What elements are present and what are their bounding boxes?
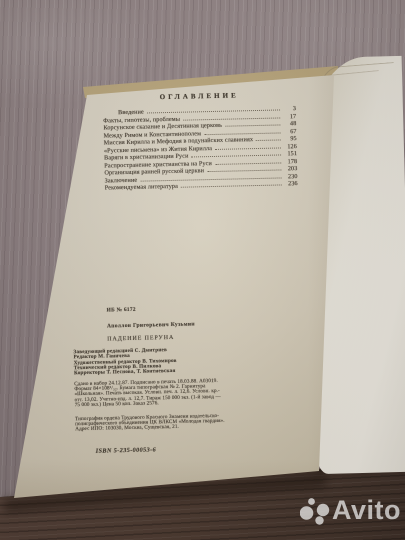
printing-house-line: Адрес ИПО: 103030, Москва, Сущевская, 21… [75, 424, 225, 433]
toc-entry-title: Рекомендуемая литература [105, 183, 178, 192]
table-of-contents: ОГЛАВЛЕНИЕ Введение 3 Факты, гипотезы, п… [103, 90, 298, 192]
staff-line: Корректоры Т. Песнова, Т. Контиевская [74, 369, 177, 377]
toc-dot-leader [207, 169, 281, 172]
toc-dot-leader [256, 139, 281, 141]
printed-content: ОГЛАВЛЕНИЕ Введение 3 Факты, гипотезы, п… [60, 85, 327, 476]
avito-watermark-label: Avito [332, 495, 401, 525]
toc-entry-page: 236 [285, 180, 298, 188]
print-specs-block: Сдано в набор 24.12.87. Подписано в печа… [74, 379, 221, 408]
ib-number: ИБ № 6172 [106, 307, 135, 314]
toc-dot-leader [225, 124, 280, 126]
toc-dot-leader [204, 132, 281, 135]
editorial-staff-block: Заведующий редакцией С. Дмитриев Редакто… [73, 348, 177, 377]
print-specs-line: 75 000 экз.) Цена 50 коп. Заказ 2576. [75, 400, 221, 409]
avito-logo-icon [300, 495, 330, 525]
toc-dot-leader [215, 147, 281, 149]
toc-dot-leader [191, 154, 281, 157]
avito-watermark: Avito [300, 495, 401, 525]
toc-dot-leader [215, 162, 281, 165]
printing-house-block: Типография ордена Трудового Красного Зна… [75, 414, 225, 433]
book-title: ПАДЕНИЕ ПЕРУНА [107, 335, 174, 343]
author-name: Аполлон Григорьевич Кузьмин [107, 321, 195, 329]
toc-dot-leader [181, 184, 282, 187]
photo-scene: ОГЛАВЛЕНИЕ Введение 3 Факты, гипотезы, п… [0, 0, 405, 540]
toc-dot-leader [183, 117, 280, 120]
isbn: ISBN 5-235-00053-6 [96, 446, 156, 454]
toc-heading: ОГЛАВЛЕНИЕ [103, 90, 296, 102]
